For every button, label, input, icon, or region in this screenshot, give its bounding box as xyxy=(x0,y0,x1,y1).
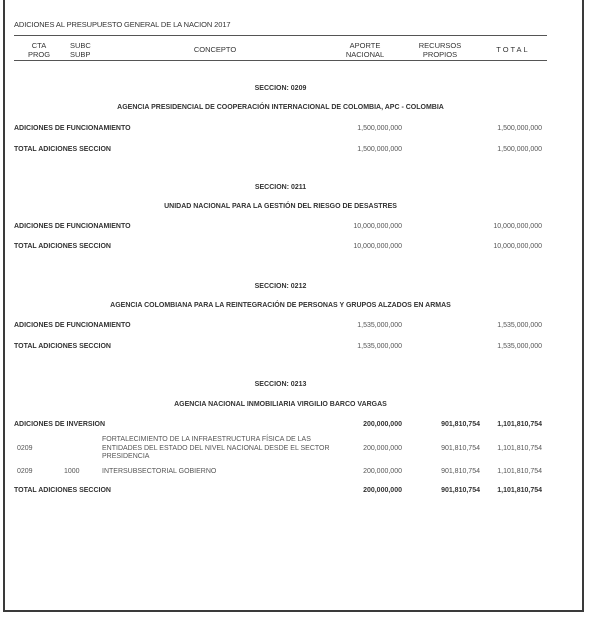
col-header-propios: PROPIOS xyxy=(410,50,470,59)
col-header-subc-subp: SUBC SUBP xyxy=(70,41,100,59)
section-heading: SECCION: 0211 xyxy=(14,184,547,191)
total-row-label: TOTAL ADICIONES SECCION xyxy=(14,243,111,250)
header-top-rule xyxy=(14,35,547,36)
row-cta: 0209 xyxy=(17,468,33,475)
total-row-total: 1,535,000,000 xyxy=(452,343,542,350)
col-header-concepto: CONCEPTO xyxy=(170,45,260,54)
col-header-prog: PROG xyxy=(24,50,54,59)
header-bottom-rule xyxy=(14,60,547,61)
col-header-recursos-propios: RECURSOS PROPIOS xyxy=(410,41,470,59)
col-header-cta-prog: CTA PROG xyxy=(24,41,54,59)
total-row-label: TOTAL ADICIONES SECCION xyxy=(14,343,111,350)
col-header-aporte-nacional: APORTE NACIONAL xyxy=(335,41,395,59)
col-header-aporte: APORTE xyxy=(335,41,395,50)
row-aporte: 200,000,000 xyxy=(312,468,402,475)
section-heading: SECCION: 0212 xyxy=(14,283,547,290)
row-label: ADICIONES DE INVERSION xyxy=(14,421,105,428)
total-row-aporte: 200,000,000 xyxy=(312,487,402,494)
total-row-label: TOTAL ADICIONES SECCION xyxy=(14,146,111,153)
row-subc: 1000 xyxy=(64,468,80,475)
row-aporte: 200,000,000 xyxy=(312,445,402,452)
total-row-total: 10,000,000,000 xyxy=(452,243,542,250)
total-row-aporte: 1,535,000,000 xyxy=(312,343,402,350)
total-row-total: 1,500,000,000 xyxy=(452,146,542,153)
row-cta: 0209 xyxy=(17,445,33,452)
col-header-nacional: NACIONAL xyxy=(335,50,395,59)
total-row-label: TOTAL ADICIONES SECCION xyxy=(14,487,111,494)
section-entity: AGENCIA PRESIDENCIAL DE COOPERACIÓN INTE… xyxy=(14,104,547,111)
section-heading: SECCION: 0213 xyxy=(14,381,547,388)
total-row-aporte: 10,000,000,000 xyxy=(312,243,402,250)
row-total: 1,101,810,754 xyxy=(452,445,542,452)
col-header-cta: CTA xyxy=(24,41,54,50)
row-concepto: INTERSUBSECTORIAL GOBIERNO xyxy=(102,468,332,477)
col-header-subc: SUBC xyxy=(70,41,100,50)
col-header-recursos: RECURSOS xyxy=(410,41,470,50)
row-total: 10,000,000,000 xyxy=(452,223,542,230)
row-total: 1,101,810,754 xyxy=(452,421,542,428)
col-header-subp: SUBP xyxy=(70,50,100,59)
row-total: 1,500,000,000 xyxy=(452,125,542,132)
section-entity: AGENCIA COLOMBIANA PARA LA REINTEGRACIÓN… xyxy=(14,302,547,309)
row-concepto: FORTALECIMIENTO DE LA INFRAESTRUCTURA FÍ… xyxy=(102,436,332,462)
row-aporte: 1,500,000,000 xyxy=(312,125,402,132)
section-entity: UNIDAD NACIONAL PARA LA GESTIÓN DEL RIES… xyxy=(14,203,547,210)
section-heading: SECCION: 0209 xyxy=(14,85,547,92)
col-header-total: TOTAL xyxy=(488,45,538,54)
row-label: ADICIONES DE FUNCIONAMIENTO xyxy=(14,223,131,230)
row-total: 1,101,810,754 xyxy=(452,468,542,475)
row-label: ADICIONES DE FUNCIONAMIENTO xyxy=(14,322,131,329)
row-aporte: 10,000,000,000 xyxy=(312,223,402,230)
row-total: 1,535,000,000 xyxy=(452,322,542,329)
total-row-aporte: 1,500,000,000 xyxy=(312,146,402,153)
total-row-total: 1,101,810,754 xyxy=(452,487,542,494)
row-label: ADICIONES DE FUNCIONAMIENTO xyxy=(14,125,131,132)
row-aporte: 200,000,000 xyxy=(312,421,402,428)
document-title: ADICIONES AL PRESUPUESTO GENERAL DE LA N… xyxy=(14,20,230,29)
section-entity: AGENCIA NACIONAL INMOBILIARIA VIRGILIO B… xyxy=(14,401,547,408)
row-aporte: 1,535,000,000 xyxy=(312,322,402,329)
